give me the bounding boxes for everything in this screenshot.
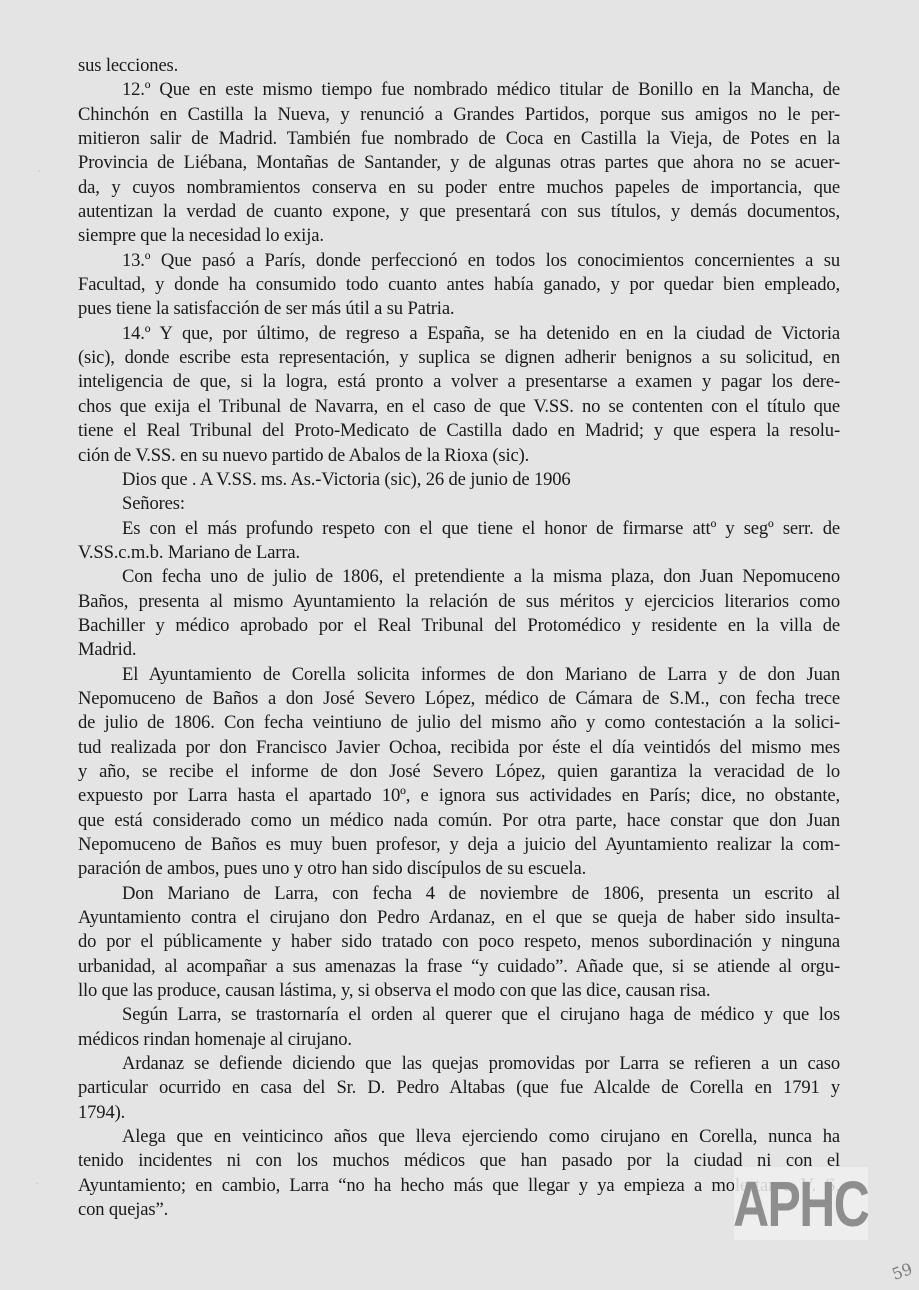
text-line: Facultad, y donde ha consumido todo cuan… bbox=[78, 273, 840, 297]
text-line: Ardanaz se defiende diciendo que las que… bbox=[78, 1052, 840, 1076]
text-line: expuesto por Larra hasta el apartado 10º… bbox=[78, 784, 840, 808]
text-line: pues tiene la satisfacción de ser más út… bbox=[78, 297, 840, 321]
text-line: Con fecha uno de julio de 1806, el prete… bbox=[78, 565, 840, 589]
text-line: El Ayuntamiento de Corella solicita info… bbox=[78, 663, 840, 687]
text-line: Chinchón en Castilla la Nueva, y renunci… bbox=[78, 103, 840, 127]
text-line: de julio de 1806. Con fecha veintiuno de… bbox=[78, 711, 840, 735]
scan-speck bbox=[36, 1182, 38, 1184]
text-line: Es con el más profundo respeto con el qu… bbox=[78, 517, 840, 541]
text-line: inteligencia de que, si la logra, está p… bbox=[78, 370, 840, 394]
text-line: tenido incidentes ni con los muchos médi… bbox=[78, 1149, 840, 1173]
text-line: Provincia de Liébana, Montañas de Santan… bbox=[78, 151, 840, 175]
text-line: paración de ambos, pues uno y otro han s… bbox=[78, 857, 840, 881]
text-line: do por el públicamente y haber sido trat… bbox=[78, 930, 840, 954]
text-line: Bachiller y médico aprobado por el Real … bbox=[78, 614, 840, 638]
text-line: 14.º Y que, por último, de regreso a Esp… bbox=[78, 322, 840, 346]
text-line: tud realizada por don Francisco Javier O… bbox=[78, 736, 840, 760]
text-line: urbanidad, al acompañar a sus amenazas l… bbox=[78, 955, 840, 979]
text-line: Nepomuceno de Baños a don José Severo Ló… bbox=[78, 687, 840, 711]
document-page: sus lecciones. 12.º Que en este mismo ti… bbox=[0, 0, 919, 1290]
text-line: llo que las produce, causan lástima, y, … bbox=[78, 979, 840, 1003]
text-line: Alega que en veinticinco años que lleva … bbox=[78, 1125, 840, 1149]
scan-speck bbox=[38, 170, 40, 172]
text-line: particular ocurrido en casa del Sr. D. P… bbox=[78, 1076, 840, 1100]
text-line: Madrid. bbox=[78, 638, 840, 662]
text-line: tiene el Real Tribunal del Proto-Medicat… bbox=[78, 419, 840, 443]
text-line: 13.º Que pasó a París, donde perfeccionó… bbox=[78, 249, 840, 273]
text-line: Don Mariano de Larra, con fecha 4 de nov… bbox=[78, 882, 840, 906]
text-line: (sic), donde escribe esta representación… bbox=[78, 346, 840, 370]
text-line: Ayuntamiento; en cambio, Larra “no ha he… bbox=[78, 1174, 840, 1198]
text-line: V.SS.c.m.b. Mariano de Larra. bbox=[78, 541, 840, 565]
text-line: Dios que . A V.SS. ms. As.-Victoria (sic… bbox=[78, 468, 840, 492]
text-line: Señores: bbox=[78, 492, 840, 516]
text-line: autentizan la verdad de cuanto expone, y… bbox=[78, 200, 840, 224]
text-line: Ayuntamiento contra el cirujano don Pedr… bbox=[78, 906, 840, 930]
text-line: sus lecciones. bbox=[78, 54, 840, 78]
text-line: y año, se recibe el informe de don José … bbox=[78, 760, 840, 784]
text-line: chos que exija el Tribunal de Navarra, e… bbox=[78, 395, 840, 419]
handwritten-page-number: 59 bbox=[889, 1259, 915, 1284]
text-line: con quejas”. bbox=[78, 1198, 840, 1222]
text-line: Nepomuceno de Baños es muy buen profesor… bbox=[78, 833, 840, 857]
text-line: Baños, presenta al mismo Ayuntamiento la… bbox=[78, 590, 840, 614]
body-text: sus lecciones. 12.º Que en este mismo ti… bbox=[78, 54, 840, 1223]
text-line: médicos rindan homenaje al cirujano. bbox=[78, 1028, 840, 1052]
text-line: mitieron salir de Madrid. También fue no… bbox=[78, 127, 840, 151]
text-line: Según Larra, se trastornaría el orden al… bbox=[78, 1003, 840, 1027]
text-line: 12.º Que en este mismo tiempo fue nombra… bbox=[78, 78, 840, 102]
aphc-watermark: APHC bbox=[734, 1167, 868, 1240]
text-line: da, y cuyos nombramientos conserva en su… bbox=[78, 176, 840, 200]
text-line: siempre que la necesidad lo exija. bbox=[78, 224, 840, 248]
text-line: que está considerado como un médico nada… bbox=[78, 809, 840, 833]
text-line: ción de V.SS. en su nuevo partido de Aba… bbox=[78, 444, 840, 468]
watermark-text: APHC bbox=[733, 1172, 868, 1236]
text-line: 1794). bbox=[78, 1101, 840, 1125]
